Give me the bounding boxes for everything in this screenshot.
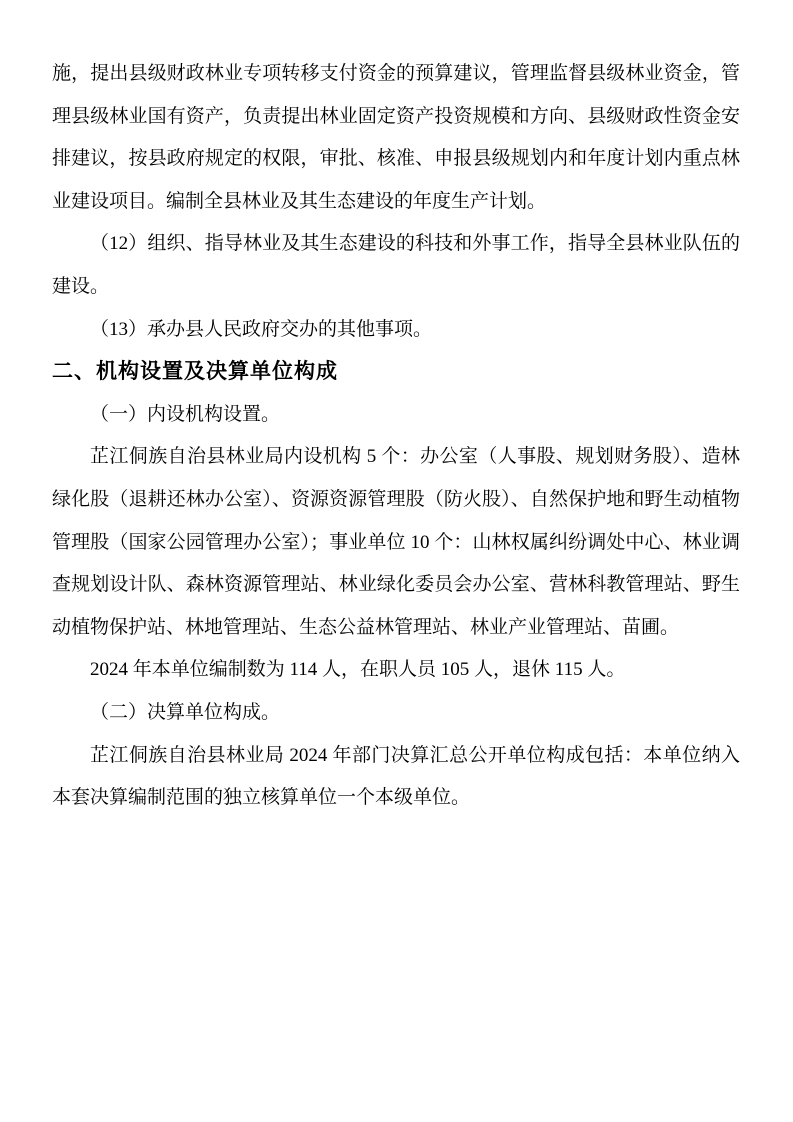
paragraph-duties-continuation: 施，提出县级财政林业专项转移支付资金的预算建议，管理监督县级林业资金，管理县级林… bbox=[52, 53, 740, 223]
sub-heading-internal-org: （一）内设机构设置。 bbox=[52, 394, 740, 437]
paragraph-internal-org-detail: 芷江侗族自治县林业局内设机构 5 个：办公室（人事股、规划财务股）、造林绿化股（… bbox=[52, 436, 740, 649]
paragraph-unit-composition: 芷江侗族自治县林业局 2024 年部门决算汇总公开单位构成包括：本单位纳入本套决… bbox=[52, 735, 740, 820]
paragraph-item-12: （12）组织、指导林业及其生态建设的科技和外事工作，指导全县林业队伍的建设。 bbox=[52, 223, 740, 308]
section-heading-organization-setup: 二、机构设置及决算单位构成 bbox=[52, 351, 740, 394]
paragraph-item-13: （13）承办县人民政府交办的其他事项。 bbox=[52, 309, 740, 352]
sub-heading-final-accounts-unit: （二）决算单位构成。 bbox=[52, 692, 740, 735]
paragraph-staffing: 2024 年本单位编制数为 114 人，在职人员 105 人，退休 115 人。 bbox=[52, 649, 740, 692]
document-page: 施，提出县级财政林业专项转移支付资金的预算建议，管理监督县级林业资金，管理县级林… bbox=[0, 0, 793, 1122]
